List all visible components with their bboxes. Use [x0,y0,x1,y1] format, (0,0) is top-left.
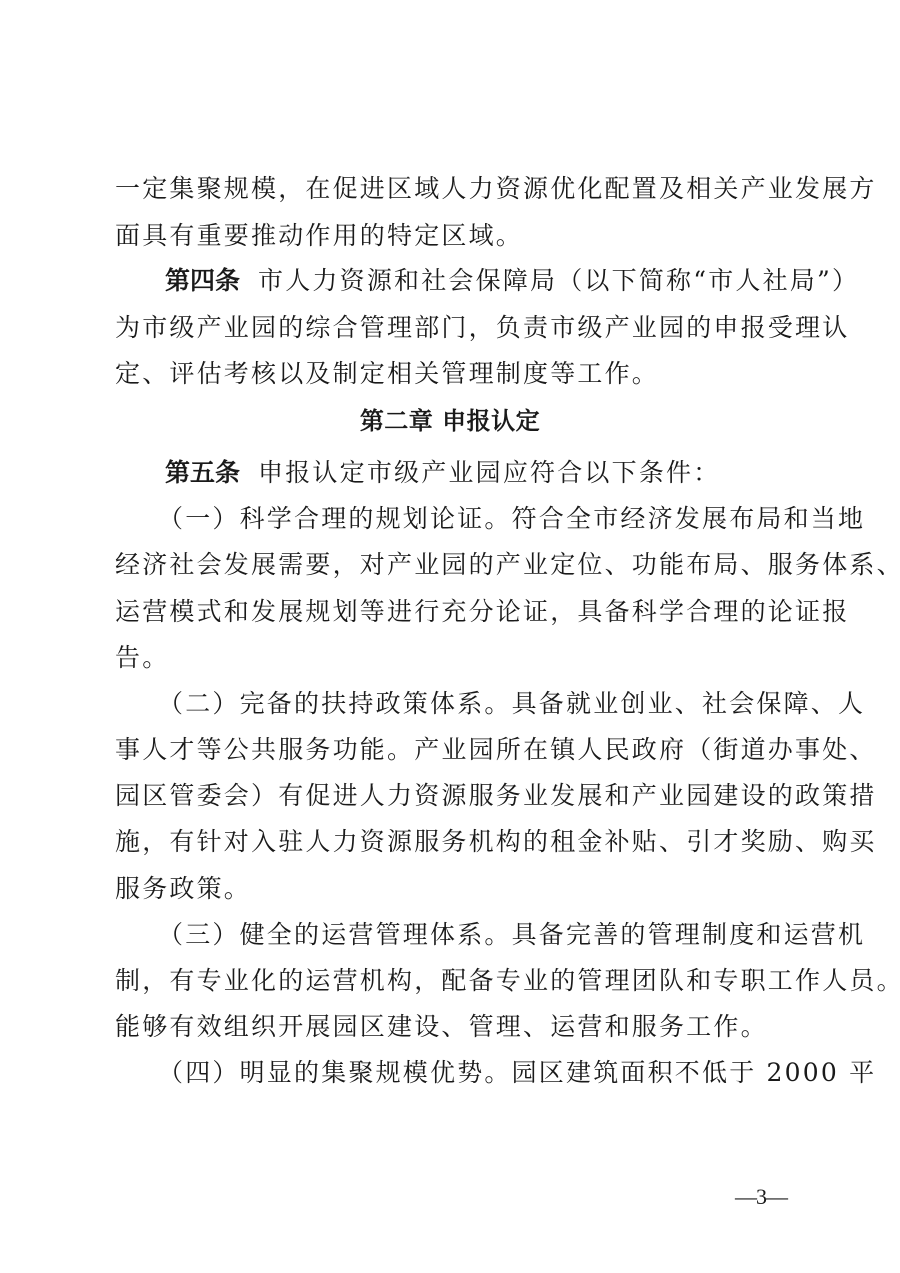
document-page: 一定集聚规模，在促进区域人力资源优化配置及相关产业发展方 面具有重要推动作用的特… [0,0,900,1273]
chapter-title: 第二章 申报认定 [0,406,900,436]
article-4-heading: 第四条 [165,266,240,295]
paragraph-line: 定、评估考核以及制定相关管理制度等工作。 [115,359,795,389]
item-4-line: （四）明显的集聚规模优势。园区建筑面积不低于 2000 平 [158,1058,788,1088]
paragraph-line: 制，有专业化的运营机构，配备专业的管理团队和专职工作人员。 [115,966,795,996]
paragraph-line: 一定集聚规模，在促进区域人力资源优化配置及相关产业发展方 [115,174,795,204]
paragraph-line: 施，有针对入驻人力资源服务机构的租金补贴、引才奖励、购买 [115,827,795,857]
paragraph-line: 园区管委会）有促进人力资源服务业发展和产业园建设的政策措 [115,781,795,811]
paragraph-line: 为市级产业园的综合管理部门，负责市级产业园的申报受理认 [115,313,795,343]
article-5-line: 第五条申报认定市级产业园应符合以下条件： [165,458,795,488]
paragraph-line: 服务政策。 [115,874,795,904]
item-1-line: （一）科学合理的规划论证。符合全市经济发展布局和当地 [158,504,788,534]
item-2-line: （二）完备的扶持政策体系。具备就业创业、社会保障、人 [158,689,788,719]
article-5-text: 申报认定市级产业园应符合以下条件： [258,458,720,487]
article-4-text: 市人力资源和社会保障局（以下简称“市人社局”） [258,266,859,295]
article-4-line: 第四条市人力资源和社会保障局（以下简称“市人社局”） [165,266,795,296]
paragraph-line: 面具有重要推动作用的特定区域。 [115,221,795,251]
paragraph-line: 告。 [115,643,795,673]
paragraph-line: 运营模式和发展规划等进行充分论证，具备科学合理的论证报 [115,597,795,627]
paragraph-line: 事人才等公共服务功能。产业园所在镇人民政府（街道办事处、 [115,735,795,765]
article-5-heading: 第五条 [165,458,240,487]
paragraph-line: 能够有效组织开展园区建设、管理、运营和服务工作。 [115,1012,795,1042]
item-3-line: （三）健全的运营管理体系。具备完善的管理制度和运营机 [158,920,788,950]
paragraph-line: 经济社会发展需要，对产业园的产业定位、功能布局、服务体系、 [115,550,795,580]
page-number: —3— [735,1184,787,1210]
